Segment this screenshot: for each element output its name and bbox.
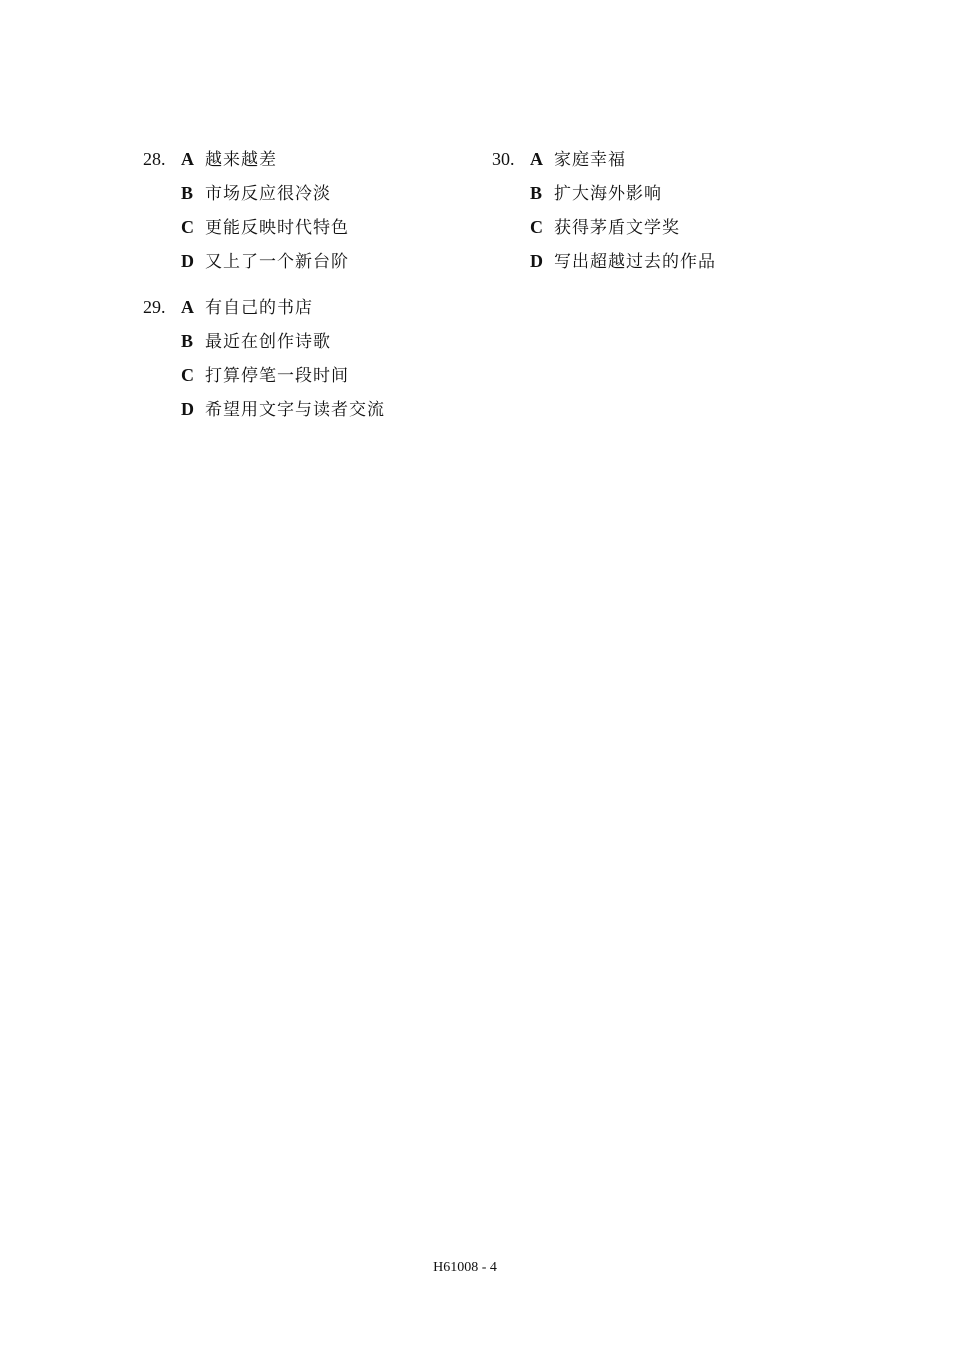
option-row-c: C 打算停笔一段时间: [143, 361, 385, 395]
option-letter: B: [530, 183, 554, 204]
option-text: 有自己的书店: [205, 293, 313, 318]
question-28: 28. A 越来越差 B 市场反应很冷淡 C 更能反映时代特色 D 又上了一个新…: [143, 145, 349, 281]
option-letter: A: [530, 149, 554, 170]
option-letter: B: [181, 183, 205, 204]
option-row-c: C 更能反映时代特色: [143, 213, 349, 247]
question-30: 30. A 家庭幸福 B 扩大海外影响 C 获得茅盾文学奖 D 写出超越过去的作…: [492, 145, 716, 281]
option-row-b: B 市场反应很冷淡: [143, 179, 349, 213]
question-29: 29. A 有自己的书店 B 最近在创作诗歌 C 打算停笔一段时间 D 希望用文…: [143, 293, 385, 429]
option-text: 最近在创作诗歌: [205, 327, 331, 352]
option-letter: C: [181, 217, 205, 238]
option-row-b: B 最近在创作诗歌: [143, 327, 385, 361]
option-letter: D: [181, 399, 205, 420]
option-text: 写出超越过去的作品: [554, 247, 716, 272]
option-text: 扩大海外影响: [554, 179, 662, 204]
option-letter: C: [530, 217, 554, 238]
option-text: 更能反映时代特色: [205, 213, 349, 238]
option-letter: C: [181, 365, 205, 386]
page-footer: H61008 - 4: [0, 1260, 930, 1276]
option-row-a: 28. A 越来越差: [143, 145, 349, 179]
question-number: 29.: [143, 297, 181, 318]
option-letter: D: [530, 251, 554, 272]
option-letter: D: [181, 251, 205, 272]
option-row-d: D 写出超越过去的作品: [492, 247, 716, 281]
option-row-d: D 又上了一个新台阶: [143, 247, 349, 281]
option-row-c: C 获得茅盾文学奖: [492, 213, 716, 247]
option-text: 打算停笔一段时间: [205, 361, 349, 386]
option-text: 市场反应很冷淡: [205, 179, 331, 204]
option-text: 越来越差: [205, 145, 277, 170]
option-row-a: 29. A 有自己的书店: [143, 293, 385, 327]
question-number: 28.: [143, 149, 181, 170]
option-row-d: D 希望用文字与读者交流: [143, 395, 385, 429]
option-row-a: 30. A 家庭幸福: [492, 145, 716, 179]
option-letter: A: [181, 297, 205, 318]
option-text: 家庭幸福: [554, 145, 626, 170]
question-number: 30.: [492, 149, 530, 170]
option-text: 又上了一个新台阶: [205, 247, 349, 272]
option-letter: B: [181, 331, 205, 352]
option-letter: A: [181, 149, 205, 170]
option-text: 获得茅盾文学奖: [554, 213, 680, 238]
option-row-b: B 扩大海外影响: [492, 179, 716, 213]
option-text: 希望用文字与读者交流: [205, 395, 385, 420]
